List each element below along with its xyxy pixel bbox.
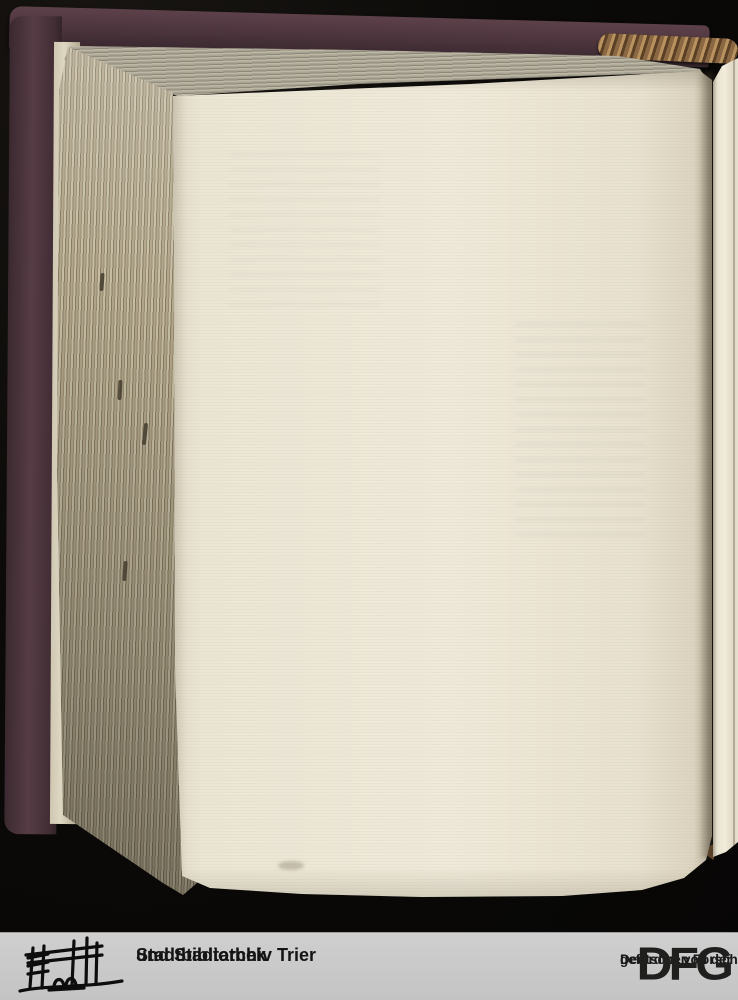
dfg-logo: DFG bbox=[636, 937, 730, 990]
library-name-line2: und Stadtarchiv Trier bbox=[136, 945, 316, 967]
manuscript-scan-photo: deus meus qui me creauitet saluator meus… bbox=[0, 0, 738, 1000]
faint-pencil-mark bbox=[278, 861, 304, 870]
clasp-mark bbox=[112, 857, 118, 873]
open-manuscript-page bbox=[170, 66, 715, 901]
page-edge-shadow bbox=[170, 66, 715, 901]
institution-banner: Stadtbibliothek und Stadtarchiv Trier ge… bbox=[0, 932, 738, 1000]
page-crease-line bbox=[733, 56, 735, 861]
porta-nigra-sketch-icon bbox=[16, 934, 128, 1000]
gutter-shadow bbox=[699, 72, 714, 858]
